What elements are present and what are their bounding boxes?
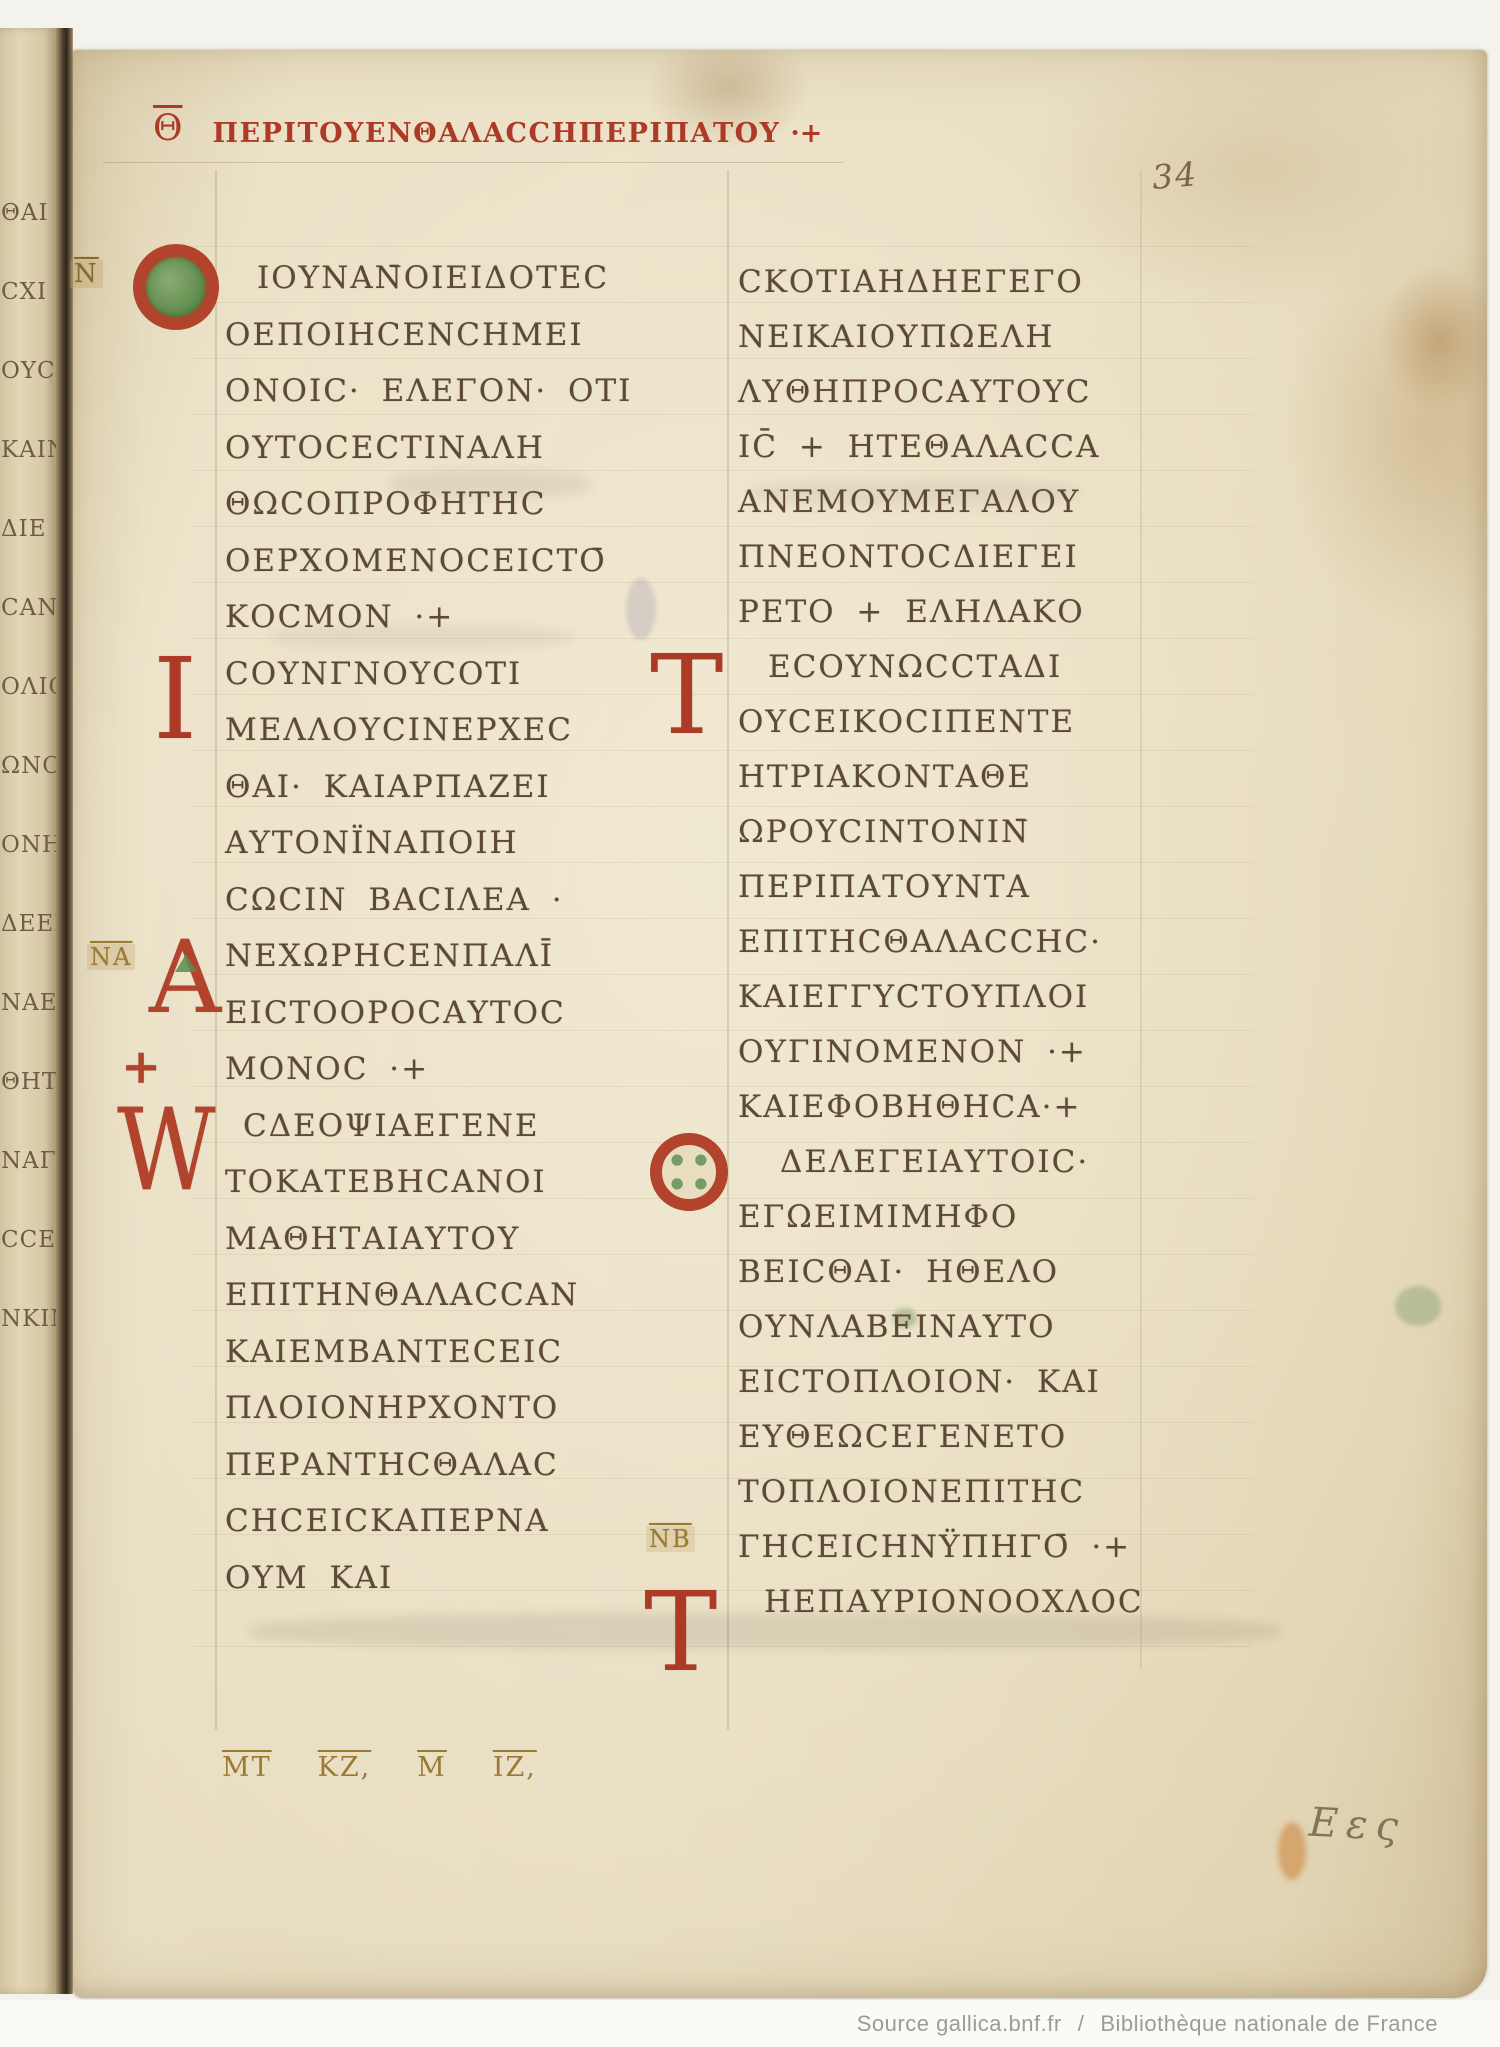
manuscript-text-line: ΠΕΡΙΠΑΤΟΥΝΤΑ: [738, 860, 1208, 915]
line-text: ΓΗCΕΙCΗΝΫΠΗΓΟ̄ ·+: [738, 1529, 1131, 1565]
manuscript-text-line: ΝΙΟΥΝΑΝ̄ΟΙΕΙΔΟΤΕC: [225, 250, 695, 307]
rubric-theta-symbol: Θ: [153, 108, 183, 149]
manuscript-text-line: ΕΓΩΕΙΜΙΜΗΦΟ: [738, 1190, 1208, 1245]
manuscript-text-line: ΚΑΙΕΓΓΥCΤΟΥΠΛΟΙ: [738, 970, 1208, 1025]
manuscript-text-line: ΟΥΤΟCΕCΤΙΝΑΛΗ: [225, 420, 695, 477]
manuscript-text-line: CΚΟΤΙΑΗΔΗΕΓΕΓΟ: [738, 255, 1208, 310]
manuscript-text-line: CΗCΕΙCΚΑΠΕΡΝΑ: [225, 1493, 695, 1550]
illuminated-initial-t1: Τ: [650, 640, 725, 750]
line-text: ΤΟΚΑΤΕΒΗCΑΝΟΙ: [225, 1164, 547, 1200]
manuscript-text-line: ΕΠΙΤΗΝΘΑΛΑCCΑΝ: [225, 1267, 695, 1324]
manuscript-text-line: ΤΟΠΛΟΙΟΝΕΠΙΤΗC: [738, 1465, 1208, 1520]
facing-page-text-fragment: ΔΙΕ: [1, 516, 47, 542]
manuscript-text-line: ΤΗΕΠΑΥΡΙΟΝΟΟΧΛΟC: [738, 1575, 1208, 1630]
manuscript-text-line: +ΜΟΝΟC ·+: [225, 1041, 695, 1098]
illuminated-initial-t2: Τ: [644, 1577, 719, 1687]
line-text: ΗΤΡΙΑΚΟΝΤΑΘΕ: [738, 759, 1032, 795]
line-text: ΛΥΘΗΠΡΟCΑΥΤΟΥC: [738, 374, 1091, 410]
line-text: ΠΛΟΙΟΝΗΡΧΟΝΤΟ: [225, 1390, 559, 1426]
manuscript-text-line: ΕΠΙΤΗCΘΑΛΑCCΗC·: [738, 915, 1208, 970]
illuminated-initial-a: Α: [149, 928, 223, 1028]
line-text: ΡΕΤΟ + ΕΛΗΛΑΚΟ: [738, 594, 1085, 630]
margin-mark-na: ΝΑ: [87, 944, 135, 970]
manuscript-text-line: ΕΙCΤΟΠΛΟΙΟΝ· ΚΑΙ: [738, 1355, 1208, 1410]
line-text: ΚΑΙΕΜΒΑΝΤΕCΕΙC: [225, 1334, 563, 1370]
manuscript-text-line: ΠΕΡΑΝΤΗCΘΑΛΑC: [225, 1437, 695, 1494]
line-text: CΟΥΝΓΝΟΥCΟΤΙ: [225, 656, 522, 692]
line-text: ΠΕΡΙΠΑΤΟΥΝΤΑ: [738, 869, 1031, 905]
manuscript-text-line: ΘΩCΟΠΡΟΦΗΤΗC: [225, 476, 695, 533]
line-text: ΟΥCΕΙΚΟCΙΠΕΝΤΕ: [738, 704, 1075, 740]
vertical-ruling-col2: [727, 170, 729, 1730]
illuminated-initial-w: W: [117, 1094, 218, 1207]
manuscript-text-line: WCΔΕΟΨΙΑΕΓΕΝΕ: [225, 1098, 695, 1155]
line-text: ΕΠΙΤΗCΘΑΛΑCCΗC·: [738, 924, 1102, 960]
line-text: ΟΝΟΙC· ΕΛΕΓΟΝ· ΟΤΙ: [225, 373, 632, 409]
illuminated-initial-i: Ι: [153, 644, 199, 756]
rubric-end-mark: ·+: [790, 118, 822, 149]
line-text: ΟΕΠΟΙΗCΕΝCΗΜΕΙ: [225, 317, 584, 353]
illuminated-initial-o2: [650, 1133, 728, 1211]
line-text: ΜΑΘΗΤΑΙΑΥΤΟΥ: [225, 1221, 520, 1257]
manuscript-text-line: ΟΥΜ ΚΑΙ: [225, 1550, 695, 1607]
line-text: ΠΕΡΑΝΤΗCΘΑΛΑC: [225, 1447, 559, 1483]
manuscript-text-line: ΕΙCΤΟΟΡΟCΑΥΤΟC: [225, 985, 695, 1042]
line-text: ΕΥΘΕΩCΕΓΕΝΕΤΟ: [738, 1419, 1067, 1455]
manuscript-text-line: ΑΥΤΟΝΪΝΑΠΟΙΗ: [225, 815, 695, 872]
line-text: CΗCΕΙCΚΑΠΕΡΝΑ: [225, 1503, 550, 1539]
canon-reference: ΜΤ: [222, 1752, 272, 1783]
manuscript-text-line: CΩCΙΝ ΒΑCΙΛΕΑ ·: [225, 872, 695, 929]
facing-page-text-fragment: CΑΝΑ: [1, 595, 56, 621]
gallica-footer-bar: Source gallica.bnf.fr / Bibliothèque nat…: [0, 2000, 1500, 2047]
line-text: CΔΕΟΨΙΑΕΓΕΝΕ: [243, 1108, 540, 1144]
manuscript-text-line: ΟΝΟΙC· ΕΛΕΓΟΝ· ΟΤΙ: [225, 363, 695, 420]
manuscript-text-line: ΠΝΕΟΝΤΟCΔΙΕΓΕΙ: [738, 530, 1208, 585]
line-text: ΟΥΝΛΑΒΕΙΝΑΥΤΟ: [738, 1309, 1056, 1345]
line-text: ΕΙCΤΟΠΛΟΙΟΝ· ΚΑΙ: [738, 1364, 1101, 1400]
manuscript-text-line: ΟΥΝΛΑΒΕΙΝΑΥΤΟ: [738, 1300, 1208, 1355]
facing-page-text-fragment: ΟΛΙΟΙ: [1, 674, 56, 700]
facing-page-edge: ΘΑΙCΧΙΟΥCΚΑΙΝΔΙΕCΑΝΑΟΛΙΟΙΩΝΟΟΝΗΔΕΕΝΝΑΕΘΗ…: [0, 28, 56, 1994]
manuscript-text-line: ΤΟΚΑΤΕΒΗCΑΝΟΙ: [225, 1154, 695, 1211]
text-column-right: CΚΟΤΙΑΗΔΗΕΓΕΓΟΝΕΙΚΑΙΟΥΠΩΕΛΗΛΥΘΗΠΡΟCΑΥΤΟΥ…: [738, 255, 1208, 1630]
rubric-heading: ΘΠΕΡΙΤΟΥΕΝΘΑΛΑCCΗΠΕΡΙΠΑΤΟΥ·+: [153, 110, 822, 151]
manuscript-text-line: ΩΡΟΥCΙΝΤΟΝΙΝ̄: [738, 805, 1208, 860]
line-text: ΚΑΙΕΦΟΒΗΘΗCΑ·+: [738, 1089, 1081, 1125]
line-text: ΕΠΙΤΗΝΘΑΛΑCCΑΝ: [225, 1277, 579, 1313]
manuscript-text-line: ΕΥΘΕΩCΕΓΕΝΕΤΟ: [738, 1410, 1208, 1465]
line-text: ΔΕΛΕΓΕΙΑΥΤΟΙC·: [780, 1144, 1089, 1180]
line-text: ΒΕΙCΘΑΙ· ΗΘΕΛΟ: [738, 1254, 1059, 1290]
canon-reference: ΚΖ,: [318, 1752, 372, 1783]
facing-page-text-fragment: CCΕΝ: [1, 1227, 56, 1253]
line-text: ΝΕΙΚΑΙΟΥΠΩΕΛΗ: [738, 319, 1054, 355]
line-text: ΜΕΛΛΟΥCΙΝΕΡΧΕC: [225, 712, 573, 748]
manuscript-text-line: ΟΥΓΙΝΟΜΕΝΟΝ ·+: [738, 1025, 1208, 1080]
manuscript-text-line: ΙC̄ + ΗΤΕΘΑΛΑCCΑ: [738, 420, 1208, 475]
manuscript-text-line: ΠΛΟΙΟΝΗΡΧΟΝΤΟ: [225, 1380, 695, 1437]
manuscript-text-line: ΔΕΛΕΓΕΙΑΥΤΟΙC·: [738, 1135, 1208, 1190]
margin-mark-n: Ν: [70, 260, 103, 288]
line-text: ΕCΟΥΝΩCCΤΑΔΙ: [768, 649, 1062, 685]
line-text: ΜΟΝΟC ·+: [225, 1051, 429, 1087]
facing-page-text-fragment: ΝΑΕ: [1, 990, 56, 1016]
manuscript-text-line: ΤΕCΟΥΝΩCCΤΑΔΙ: [738, 640, 1208, 695]
line-text: ΠΝΕΟΝΤΟCΔΙΕΓΕΙ: [738, 539, 1079, 575]
footer-separator: /: [1078, 2011, 1085, 2037]
line-text: ΘΑΙ· ΚΑΙΑΡΠΑΖΕΙ: [225, 769, 551, 805]
facing-page-text-fragment: CΧΙ: [1, 279, 47, 305]
facing-page-text-fragment: ΟΝΗ: [1, 832, 56, 858]
line-text: ΙC̄ + ΗΤΕΘΑΛΑCCΑ: [738, 429, 1100, 465]
facing-page-text-fragment: ΩΝΟ: [1, 753, 56, 779]
line-text: ΚΟCΜΟΝ ·+: [225, 599, 454, 635]
line-text: ΕΓΩΕΙΜΙΜΗΦΟ: [738, 1199, 1018, 1235]
facing-page-text-fragment: ΘΗΤ: [1, 1069, 56, 1095]
quire-mark: Εες: [1308, 1799, 1407, 1850]
line-text: ΚΑΙΕΓΓΥCΤΟΥΠΛΟΙ: [738, 979, 1089, 1015]
canon-references: ΜΤΚΖ,ΜΙΖ,: [222, 1752, 537, 1783]
manuscript-text-line: ΝΒΓΗCΕΙCΗΝΫΠΗΓΟ̄ ·+: [738, 1520, 1208, 1575]
folio-number: 34: [1150, 154, 1199, 197]
line-text: ΟΥΓΙΝΟΜΕΝΟΝ ·+: [738, 1034, 1087, 1070]
manuscript-text-line: ΟΕΡΧΟΜΕΝΟCΕΙCΤΟ̄: [225, 533, 695, 590]
rubric-title-text: ΠΕΡΙΤΟΥΕΝΘΑΛΑCCΗΠΕΡΙΠΑΤΟΥ: [213, 118, 781, 149]
facing-page-text-fragment: ΔΕΕΝ: [1, 911, 56, 937]
line-text: ΩΡΟΥCΙΝΤΟΝΙΝ̄: [738, 814, 1030, 850]
manuscript-text-line: ΜΕΛΛΟΥCΙΝΕΡΧΕC: [225, 702, 695, 759]
manuscript-text-line: ΛΥΘΗΠΡΟCΑΥΤΟΥC: [738, 365, 1208, 420]
facing-page-text-fragment: ΘΑΙ: [1, 200, 49, 226]
manuscript-text-line: ΟΕΠΟΙΗCΕΝCΗΜΕΙ: [225, 307, 695, 364]
footer-source-text: Source gallica.bnf.fr: [857, 2011, 1062, 2037]
line-text: ΙΟΥΝΑΝ̄ΟΙΕΙΔΟΤΕC: [257, 260, 609, 296]
manuscript-text-line: ΚΑΙΕΜΒΑΝΤΕCΕΙC: [225, 1324, 695, 1381]
line-text: ΘΩCΟΠΡΟΦΗΤΗC: [225, 486, 546, 522]
illuminated-initial-o1: [133, 244, 219, 330]
green-paint-spot: [1395, 1286, 1441, 1326]
line-text: ΟΕΡΧΟΜΕΝΟCΕΙCΤΟ̄: [225, 543, 607, 579]
line-text: ΗΕΠΑΥΡΙΟΝΟΟΧΛΟC: [764, 1584, 1144, 1620]
margin-mark-nb: ΝΒ: [646, 1526, 695, 1552]
line-text: ΑΝΕΜΟΥΜΕΓΑΛΟΥ: [738, 484, 1080, 520]
manuscript-page: ΘΠΕΡΙΤΟΥΕΝΘΑΛΑCCΗΠΕΡΙΠΑΤΟΥ·+ 34 ΝΙΟΥΝΑΝ̄…: [73, 50, 1487, 1998]
manuscript-text-line: ΙCΟΥΝΓΝΟΥCΟΤΙ: [225, 646, 695, 703]
line-text: CΚΟΤΙΑΗΔΗΕΓΕΓΟ: [738, 264, 1084, 300]
ink-blot: [1278, 1822, 1306, 1880]
line-text: ΝΕΧΩΡΗCΕΝΠΑΛῙ: [225, 938, 554, 974]
line-text: CΩCΙΝ ΒΑCΙΛΕΑ ·: [225, 882, 564, 918]
heading-ruling-line: [103, 162, 843, 163]
manuscript-text-line: ΚΟCΜΟΝ ·+: [225, 589, 695, 646]
line-text: ΑΥΤΟΝΪΝΑΠΟΙΗ: [225, 825, 519, 861]
manuscript-text-line: ΑΝΕΜΟΥΜΕΓΑΛΟΥ: [738, 475, 1208, 530]
manuscript-text-line: ΘΑΙ· ΚΑΙΑΡΠΑΖΕΙ: [225, 759, 695, 816]
facing-page-text-fragment: ΚΑΙΝ: [1, 437, 56, 463]
manuscript-text-line: ΑΝΑΝΕΧΩΡΗCΕΝΠΑΛῙ: [225, 928, 695, 985]
line-text: ΕΙCΤΟΟΡΟCΑΥΤΟC: [225, 995, 566, 1031]
manuscript-text-line: ΝΕΙΚΑΙΟΥΠΩΕΛΗ: [738, 310, 1208, 365]
facing-page-text-fragment: ΟΥC: [1, 358, 56, 384]
footer-institution-text: Bibliothèque nationale de France: [1100, 2011, 1438, 2037]
line-text: ΟΥΤΟCΕCΤΙΝΑΛΗ: [225, 430, 545, 466]
canon-reference: Μ: [417, 1752, 447, 1783]
facing-page-text-fragment: ΝΑΓΑ: [1, 1148, 56, 1174]
text-column-left: ΝΙΟΥΝΑΝ̄ΟΙΕΙΔΟΤΕCΟΕΠΟΙΗCΕΝCΗΜΕΙΟΝΟΙC· ΕΛ…: [225, 250, 695, 1606]
canon-reference: ΙΖ,: [493, 1752, 537, 1783]
line-text: ΤΟΠΛΟΙΟΝΕΠΙΤΗC: [738, 1474, 1085, 1510]
facing-page-text-fragment: ΝΚΙΝ: [1, 1306, 56, 1332]
manuscript-text-line: ΚΑΙΕΦΟΒΗΘΗCΑ·+: [738, 1080, 1208, 1135]
manuscript-text-line: ΟΥCΕΙΚΟCΙΠΕΝΤΕ: [738, 695, 1208, 750]
book-gutter-shadow: [56, 28, 73, 1994]
manuscript-text-line: ΡΕΤΟ + ΕΛΗΛΑΚΟ: [738, 585, 1208, 640]
manuscript-text-line: ΒΕΙCΘΑΙ· ΗΘΕΛΟ: [738, 1245, 1208, 1300]
manuscript-text-line: ΗΤΡΙΑΚΟΝΤΑΘΕ: [738, 750, 1208, 805]
line-text: ΟΥΜ ΚΑΙ: [225, 1560, 393, 1596]
manuscript-text-line: ΜΑΘΗΤΑΙΑΥΤΟΥ: [225, 1211, 695, 1268]
